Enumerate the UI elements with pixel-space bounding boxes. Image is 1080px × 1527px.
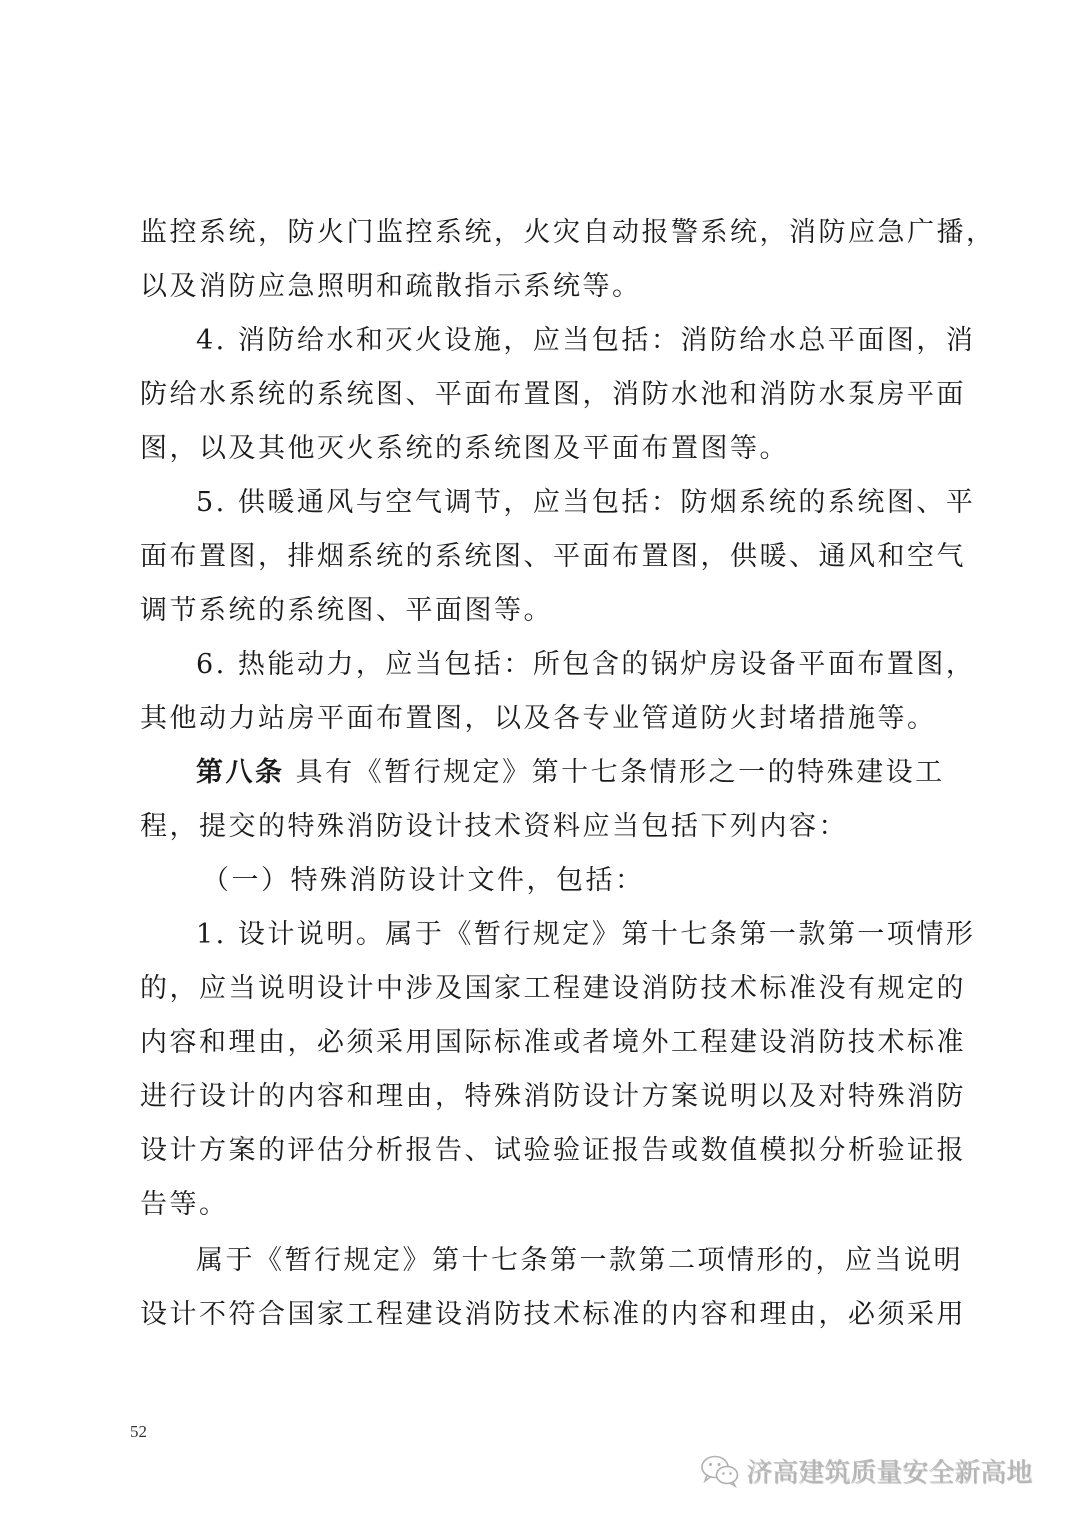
text-line: 设计不符合国家工程建设消防技术标准的内容和理由，必须采用	[140, 1288, 940, 1342]
document-page: 监控系统，防火门监控系统，火灾自动报警系统，消防应急广播， 以及消防应急照明和疏…	[0, 0, 1080, 1527]
article-8-line: 第八条 具有《暂行规定》第十七条情形之一的特殊建设工	[140, 746, 940, 800]
text-line: 防给水系统的系统图、平面布置图，消防水池和消防水泵房平面	[140, 368, 940, 422]
article-text: 具有《暂行规定》第十七条情形之一的特殊建设工	[285, 757, 945, 788]
watermark-text: 济高建筑质量安全新高地	[746, 1452, 1032, 1489]
text-line: 告等。	[140, 1178, 940, 1232]
text-line: 5. 供暖通风与空气调节，应当包括：防烟系统的系统图、平	[140, 476, 940, 530]
text-line: 其他动力站房平面布置图，以及各专业管道防火封堵措施等。	[140, 692, 940, 746]
text-line: 4. 消防给水和灭火设施，应当包括：消防给水总平面图，消	[140, 314, 940, 368]
text-line: 1. 设计说明。属于《暂行规定》第十七条第一款第一项情形	[140, 908, 940, 962]
text-line: 设计方案的评估分析报告、试验验证报告或数值模拟分析验证报	[140, 1124, 940, 1178]
text-line: 内容和理由，必须采用国际标准或者境外工程建设消防技术标准	[140, 1016, 940, 1070]
text-line: 图，以及其他灭火系统的系统图及平面布置图等。	[140, 422, 940, 476]
text-line: 程，提交的特殊消防设计技术资料应当包括下列内容：	[140, 800, 940, 854]
sub-heading: （一）特殊消防设计文件，包括：	[140, 854, 940, 908]
text-line: 的，应当说明设计中涉及国家工程建设消防技术标准没有规定的	[140, 962, 940, 1016]
watermark: 济高建筑质量安全新高地	[700, 1452, 1032, 1489]
document-body: 监控系统，防火门监控系统，火灾自动报警系统，消防应急广播， 以及消防应急照明和疏…	[140, 206, 940, 1342]
text-line: 属于《暂行规定》第十七条第一款第二项情形的，应当说明	[140, 1234, 940, 1288]
text-line: 6. 热能动力，应当包括：所包含的锅炉房设备平面布置图，	[140, 638, 940, 692]
article-heading: 第八条	[196, 757, 285, 788]
text-line: 调节系统的系统图、平面图等。	[140, 584, 940, 638]
wechat-icon	[700, 1454, 740, 1488]
text-line: 进行设计的内容和理由，特殊消防设计方案说明以及对特殊消防	[140, 1070, 940, 1124]
page-number: 52	[130, 1422, 147, 1442]
text-line: 监控系统，防火门监控系统，火灾自动报警系统，消防应急广播，	[140, 206, 940, 260]
text-line: 以及消防应急照明和疏散指示系统等。	[140, 260, 940, 314]
text-line: 面布置图，排烟系统的系统图、平面布置图，供暖、通风和空气	[140, 530, 940, 584]
